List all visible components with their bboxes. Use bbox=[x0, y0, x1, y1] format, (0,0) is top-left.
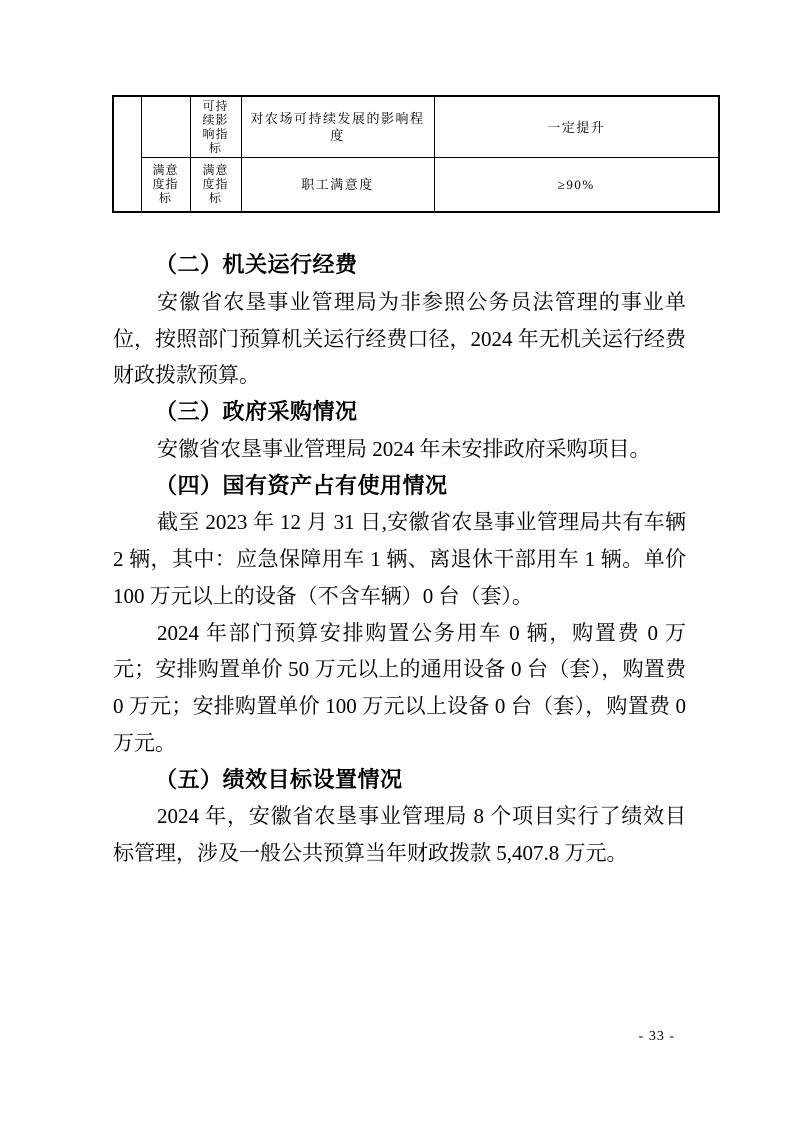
table-cell-indicator: 对农场可持续发展的影响程度 bbox=[241, 96, 434, 158]
section-heading: （五）绩效目标设置情况 bbox=[113, 762, 686, 799]
table-cell-subcategory: 可持续影响指标 bbox=[190, 96, 241, 158]
document-body: （二）机关运行经费 安徽省农垦事业管理局为非参照公务员法管理的事业单位，按照部门… bbox=[113, 247, 686, 872]
section-state-owned-assets: （四）国有资产占有使用情况 截至 2023 年 12 月 31 日,安徽省农垦事… bbox=[113, 468, 686, 762]
table-row: 满意度指标 满意度指标 职工满意度 ≥90% bbox=[113, 158, 719, 212]
table-cell-target: ≥90% bbox=[434, 158, 719, 212]
section-government-procurement: （三）政府采购情况 安徽省农垦事业管理局 2024 年未安排政府采购项目。 bbox=[113, 394, 686, 468]
section-heading: （三）政府采购情况 bbox=[113, 394, 686, 431]
section-paragraph: 2024 年部门预算安排购置公务用车 0 辆，购置费 0 万元；安排购置单价 5… bbox=[113, 615, 686, 762]
section-performance-goals: （五）绩效目标设置情况 2024 年，安徽省农垦事业管理局 8 个项目实行了绩效… bbox=[113, 762, 686, 872]
table-cell-group bbox=[113, 96, 141, 212]
table-cell-indicator: 职工满意度 bbox=[241, 158, 434, 212]
section-paragraph: 安徽省农垦事业管理局 2024 年未安排政府采购项目。 bbox=[113, 431, 686, 468]
table-cell-category: 满意度指标 bbox=[141, 158, 190, 212]
performance-indicator-table: 可持续影响指标 对农场可持续发展的影响程度 一定提升 满意度指标 满意度指标 职… bbox=[112, 95, 720, 213]
page-number: - 33 - bbox=[639, 1029, 675, 1045]
table-cell-category-text: 满意度指标 bbox=[152, 163, 180, 205]
section-paragraph: 2024 年，安徽省农垦事业管理局 8 个项目实行了绩效目标管理，涉及一般公共预… bbox=[113, 798, 686, 872]
table-row: 可持续影响指标 对农场可持续发展的影响程度 一定提升 bbox=[113, 96, 719, 158]
section-organ-operating-funds: （二）机关运行经费 安徽省农垦事业管理局为非参照公务员法管理的事业单位，按照部门… bbox=[113, 247, 686, 394]
section-heading: （二）机关运行经费 bbox=[113, 247, 686, 284]
table-cell-category bbox=[141, 96, 190, 158]
table-cell-target: 一定提升 bbox=[434, 96, 719, 158]
section-paragraph: 截至 2023 年 12 月 31 日,安徽省农垦事业管理局共有车辆 2 辆，其… bbox=[113, 504, 686, 614]
table-cell-subcategory-text: 可持续影响指标 bbox=[202, 99, 230, 155]
section-paragraph: 安徽省农垦事业管理局为非参照公务员法管理的事业单位，按照部门预算机关运行经费口径… bbox=[113, 284, 686, 394]
table-cell-subcategory-text: 满意度指标 bbox=[202, 163, 230, 205]
table-cell-subcategory: 满意度指标 bbox=[190, 158, 241, 212]
section-heading: （四）国有资产占有使用情况 bbox=[113, 468, 686, 505]
document-page: 可持续影响指标 对农场可持续发展的影响程度 一定提升 满意度指标 满意度指标 职… bbox=[0, 0, 794, 1123]
